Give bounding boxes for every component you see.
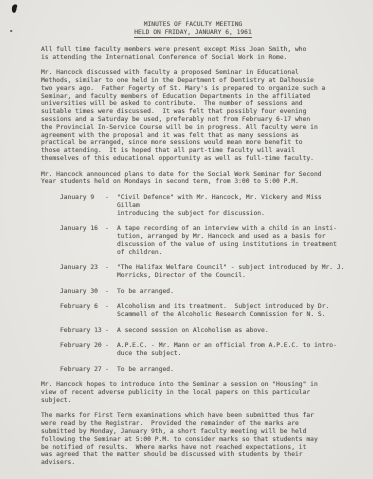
paragraph-attendance: All full time faculty members were prese… [41,46,345,62]
schedule-dash: - [105,225,117,233]
document-content: MINUTES OF FACULTY MEETING HELD ON FRIDA… [41,21,345,475]
schedule-date: February 20 [60,342,105,350]
schedule-text: "The Halifax Welfare Council" - subject … [117,264,345,280]
schedule-dash: - [105,264,117,272]
title-line-2: HELD ON FRIDAY, JANUARY 6, 1961 [41,29,345,38]
schedule-dash: - [105,366,117,374]
schedule-dash: - [105,303,117,311]
document-title: MINUTES OF FACULTY MEETING HELD ON FRIDA… [41,21,345,38]
seminar-schedule: January 9 - "Civil Defence" with Mr. Han… [60,194,345,373]
schedule-date: February 6 [60,303,105,311]
schedule-text: A tape recording of an interview with a … [117,225,345,256]
schedule-item-january-9: January 9 - "Civil Defence" with Mr. Han… [60,194,345,217]
schedule-date: February 27 [60,366,105,374]
schedule-dash: - [105,194,117,202]
paragraph-marks: The marks for First Term examinations wh… [41,412,345,467]
title-line-2-underlined-text: HELD ON FRIDAY, JANUARY 6, 1961 [134,29,252,38]
schedule-text: To be arranged. [117,288,345,296]
schedule-item-february-27: February 27 - To be arranged. [60,366,345,374]
schedule-item-february-20: February 20 - A.P.E.C. - Mr. Mann or an … [60,342,345,358]
schedule-date: February 13 [60,327,105,335]
schedule-item-february-13: February 13 - A second session on Alcoho… [60,327,345,335]
schedule-item-january-16: January 16 - A tape recording of an inte… [60,225,345,256]
schedule-date: January 16 [60,225,105,233]
schedule-text: A second session on Alcoholism as above. [117,327,345,335]
schedule-text: A.P.E.C. - Mr. Mann or an official from … [117,342,345,358]
schedule-date: January 30 [60,288,105,296]
schedule-item-january-23: January 23 - "The Halifax Welfare Counci… [60,264,345,280]
title-line-1: MINUTES OF FACULTY MEETING [41,21,345,29]
schedule-dash: - [105,288,117,296]
document-page: MINUTES OF FACULTY MEETING HELD ON FRIDA… [0,0,373,479]
schedule-text: Alcoholism and its treatment. Subject in… [117,303,345,319]
schedule-item-january-30: January 30 - To be arranged. [60,288,345,296]
schedule-text: "Civil Defence" with Mr. Hancock, Mr. Vi… [117,194,345,217]
paragraph-housing: Mr. Hancock hopes to introduce into the … [41,381,345,404]
schedule-dash: - [105,342,117,350]
schedule-date: January 23 [60,264,105,272]
paragraph-seminar-proposal: Mr. Hancock discussed with faculty a pro… [41,69,345,163]
ink-blot-icon [8,3,22,35]
schedule-item-february-6: February 6 - Alcoholism and its treatmen… [60,303,345,319]
schedule-date: January 9 [60,194,105,202]
paragraph-seminar-plans: Mr. Hancock announced plans to date for … [41,171,345,187]
schedule-text: To be arranged. [117,366,345,374]
schedule-dash: - [105,327,117,335]
